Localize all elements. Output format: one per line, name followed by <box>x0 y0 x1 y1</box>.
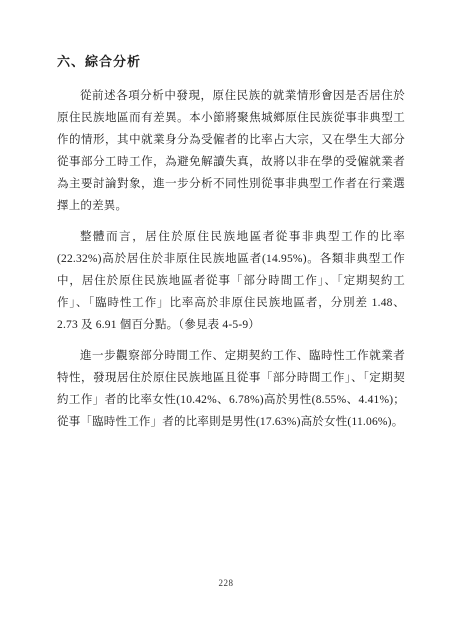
page-number: 228 <box>0 578 452 588</box>
document-content: 六、綜合分析 從前述各項分析中發現，原住民族的就業情形會因是否居住於原住民族地區… <box>57 54 405 442</box>
body-paragraph-3: 進一步觀察部分時間工作、定期契約工作、臨時性工作就業者特性，發現居住於原住民族地… <box>57 345 405 433</box>
body-paragraph-1: 從前述各項分析中發現，原住民族的就業情形會因是否居住於原住民族地區而有差異。本小… <box>57 85 405 217</box>
body-paragraph-2: 整體而言，居住於原住民族地區者從事非典型工作的比率(22.32%)高於居住於非原… <box>57 226 405 336</box>
document-page: 六、綜合分析 從前述各項分析中發現，原住民族的就業情形會因是否居住於原住民族地區… <box>0 0 452 640</box>
section-heading: 六、綜合分析 <box>57 54 405 70</box>
